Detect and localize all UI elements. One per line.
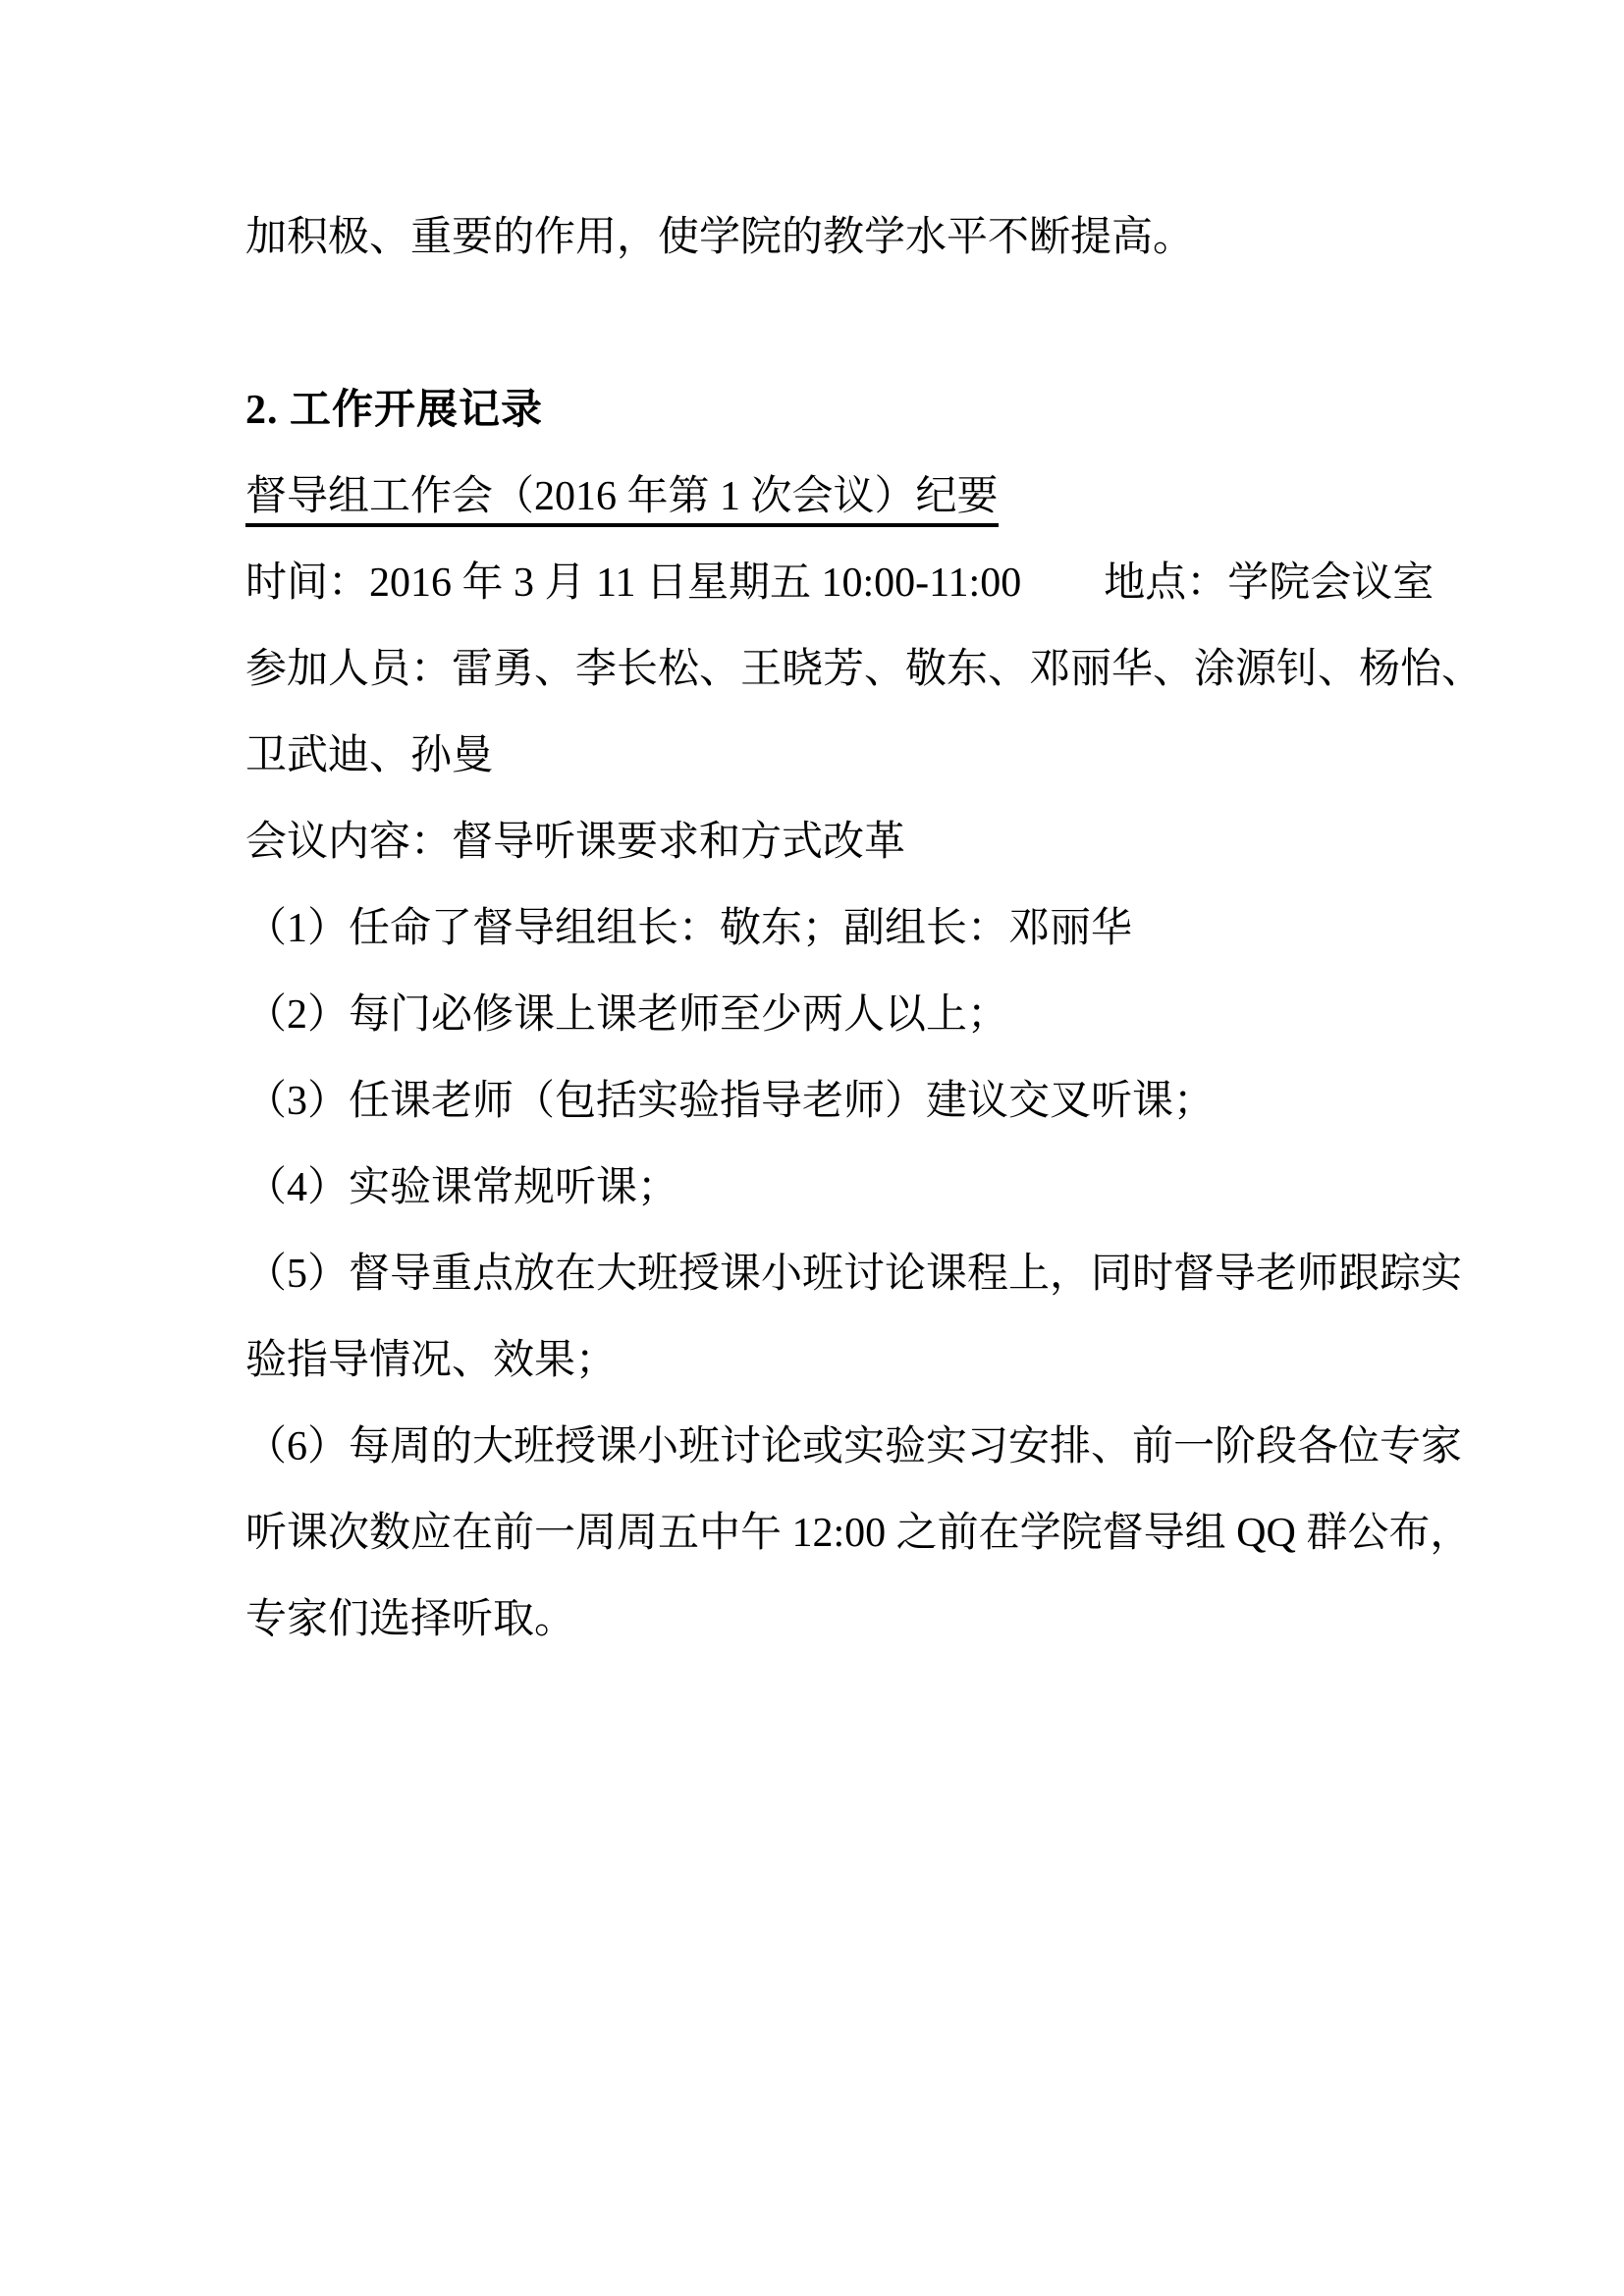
meeting-info-line: 时间：2016 年 3 月 11 日星期五 10:00-11:00 地点：学院会… xyxy=(245,540,1434,626)
item-4: （4）实验课常规听课； xyxy=(245,1145,1434,1231)
agenda-line: 会议内容：督导听课要求和方式改革 xyxy=(245,799,1434,885)
attendees-line-2: 卫武迪、孙曼 xyxy=(245,713,1434,799)
document-page: 加积极、重要的作用，使学院的教学水平不断提高。 2. 工作开展记录 督导组工作会… xyxy=(0,0,1624,2296)
section-heading: 2. 工作开展记录 xyxy=(245,367,1434,454)
item-5-line-1: （5）督导重点放在大班授课小班讨论课程上，同时督导老师跟踪实 xyxy=(245,1231,1434,1317)
paragraph-closing-line: 加积极、重要的作用，使学院的教学水平不断提高。 xyxy=(245,194,1434,281)
item-5-line-2: 验指导情况、效果； xyxy=(245,1317,1434,1404)
attendees-line-1: 参加人员：雷勇、李长松、王晓芳、敬东、邓丽华、涂源钊、杨怡、 xyxy=(245,626,1434,713)
meeting-title: 督导组工作会（2016 年第 1 次会议）纪要 xyxy=(245,472,999,527)
item-6-line-1: （6）每周的大班授课小班讨论或实验实习安排、前一阶段各位专家 xyxy=(245,1404,1434,1490)
item-3: （3）任课老师（包括实验指导老师）建议交叉听课； xyxy=(245,1058,1434,1145)
item-2: （2）每门必修课上课老师至少两人以上； xyxy=(245,972,1434,1058)
item-6-line-2: 听课次数应在前一周周五中午 12:00 之前在学院督导组 QQ 群公布， xyxy=(245,1490,1434,1576)
item-1: （1）任命了督导组组长：敬东；副组长：邓丽华 xyxy=(245,885,1434,972)
meeting-title-line: 督导组工作会（2016 年第 1 次会议）纪要 xyxy=(245,454,1434,540)
item-6-line-3: 专家们选择听取。 xyxy=(245,1576,1434,1663)
